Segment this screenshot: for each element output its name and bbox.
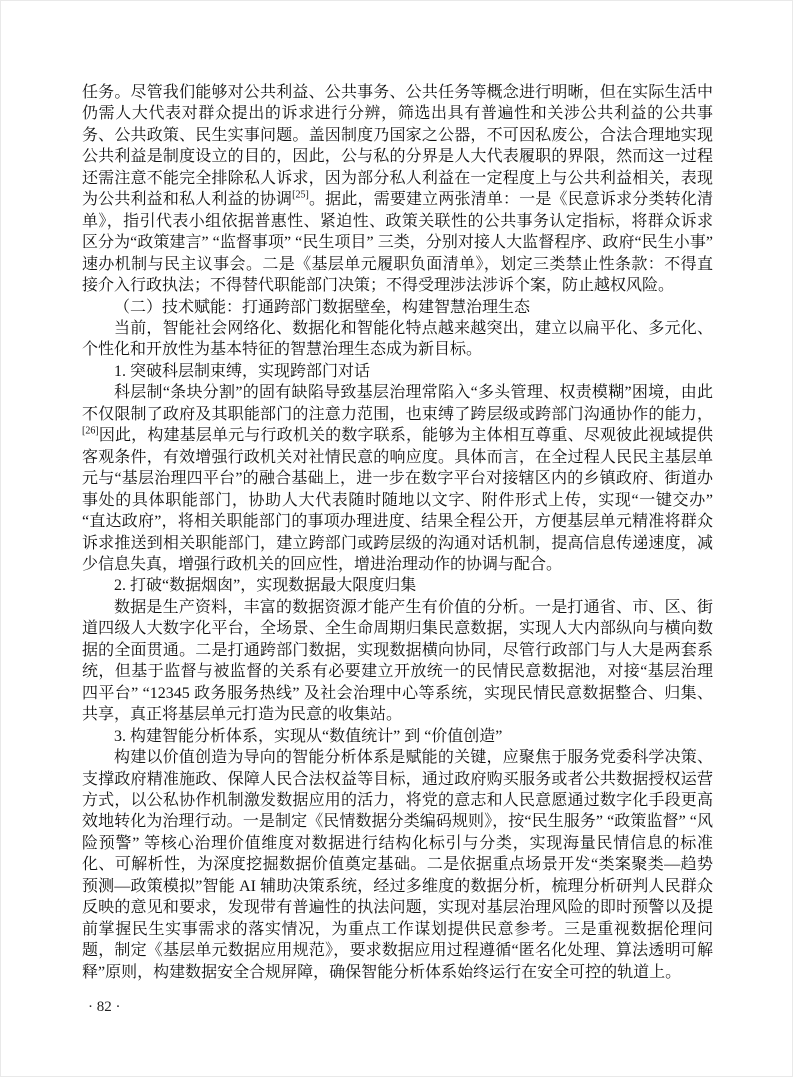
section-heading: 3. 构建智能分析体系，实现从“数值统计” 到 “价值创造”: [82, 726, 713, 747]
section-heading: （二）技术赋能：打通跨部门数据壁垒，构建智慧治理生态: [82, 297, 713, 318]
section-heading: 2. 打破“数据烟囱”，实现数据最大限度归集: [82, 575, 713, 596]
paragraph: 科层制“条块分割”的固有缺陷导致基层治理常陷入“多头管理、权责模糊”困境，由此不…: [82, 382, 713, 575]
paragraph: 当前，智能社会网络化、数据化和智能化特点越来越突出，建立以扁平化、多元化、个性化…: [82, 318, 713, 361]
paragraph: 构建以价值创造为导向的智能分析体系是赋能的关键，应聚焦于服务党委科学决策、支撑政…: [82, 747, 713, 983]
footnote-reference: [25]: [292, 190, 309, 201]
section-heading: 1. 突破科层制束缚，实现跨部门对话: [82, 361, 713, 382]
paragraph: 任务。尽管我们能够对公共利益、公共事务、公共任务等概念进行明晰，但在实际生活中仍…: [82, 82, 713, 297]
paragraph: 数据是生产资料，丰富的数据资源才能产生有价值的分析。一是打通省、市、区、街道四级…: [82, 597, 713, 726]
footnote-reference: [26]: [82, 426, 99, 437]
document-content: 任务。尽管我们能够对公共利益、公共事务、公共任务等概念进行明晰，但在实际生活中仍…: [82, 82, 713, 983]
page-number: · 82 ·: [88, 999, 121, 1016]
document-page: 任务。尽管我们能够对公共利益、公共事务、公共任务等概念进行明晰，但在实际生活中仍…: [0, 0, 793, 1077]
